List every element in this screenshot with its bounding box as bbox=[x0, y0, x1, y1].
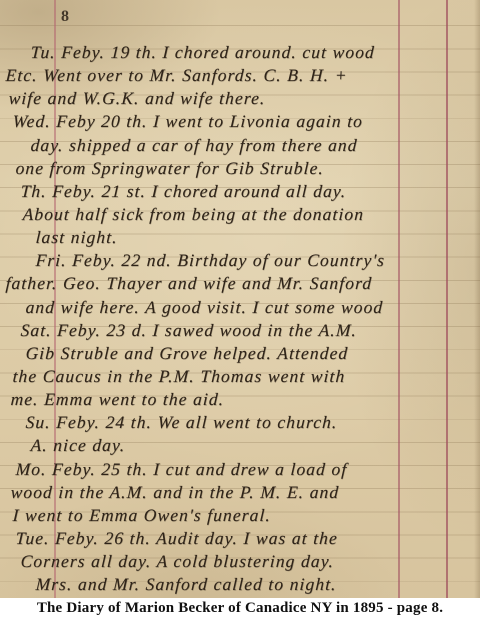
diary-line: Gib Struble and Grove helped. Attended bbox=[0, 342, 480, 365]
diary-line: me. Emma went to the aid. bbox=[0, 388, 480, 411]
diary-line: Etc. Went over to Mr. Sanfords. C. B. H.… bbox=[0, 64, 480, 87]
diary-line: and wife here. A good visit. I cut some … bbox=[0, 296, 480, 319]
diary-line: one from Springwater for Gib Struble. bbox=[0, 157, 480, 180]
diary-line: the Caucus in the P.M. Thomas went with bbox=[0, 365, 480, 388]
diary-line: last night. bbox=[0, 226, 480, 249]
diary-line: Fri. Feby. 22 nd. Birthday of our Countr… bbox=[0, 249, 480, 272]
diary-line: Sat. Feby. 23 d. I sawed wood in the A.M… bbox=[0, 319, 480, 342]
diary-line: Corners all day. A cold blustering day. bbox=[0, 550, 480, 573]
diary-line: Mo. Feby. 25 th. I cut and drew a load o… bbox=[0, 458, 480, 481]
diary-line: Tu. Feby. 19 th. I chored around. cut wo… bbox=[0, 41, 480, 64]
diary-line: father. Geo. Thayer and wife and Mr. San… bbox=[0, 272, 480, 295]
diary-line: About half sick from being at the donati… bbox=[0, 203, 480, 226]
diary-line: Su. Feby. 24 th. We all went to church. bbox=[0, 411, 480, 434]
diary-line: Th. Feby. 21 st. I chored around all day… bbox=[0, 180, 480, 203]
page-number: 8 bbox=[61, 8, 70, 26]
diary-line: wife and W.G.K. and wife there. bbox=[0, 87, 480, 110]
caption: The Diary of Marion Becker of Canadice N… bbox=[0, 600, 480, 617]
diary-photo-frame: 8 Tu. Feby. 19 th. I chored around. cut … bbox=[0, 0, 480, 630]
diary-line: I went to Emma Owen's funeral. bbox=[0, 504, 480, 527]
diary-line: wood in the A.M. and in the P. M. E. and bbox=[0, 481, 480, 504]
diary-line: day. shipped a car of hay from there and bbox=[0, 134, 480, 157]
diary-entries: Tu. Feby. 19 th. I chored around. cut wo… bbox=[0, 41, 480, 596]
diary-line: Wed. Feby 20 th. I went to Livonia again… bbox=[0, 110, 480, 133]
diary-line: Mrs. and Mr. Sanford called to night. bbox=[0, 573, 480, 596]
diary-line: Tue. Feby. 26 th. Audit day. I was at th… bbox=[0, 527, 480, 550]
diary-line: A. nice day. bbox=[0, 434, 480, 457]
diary-page-scan: 8 Tu. Feby. 19 th. I chored around. cut … bbox=[0, 0, 480, 598]
